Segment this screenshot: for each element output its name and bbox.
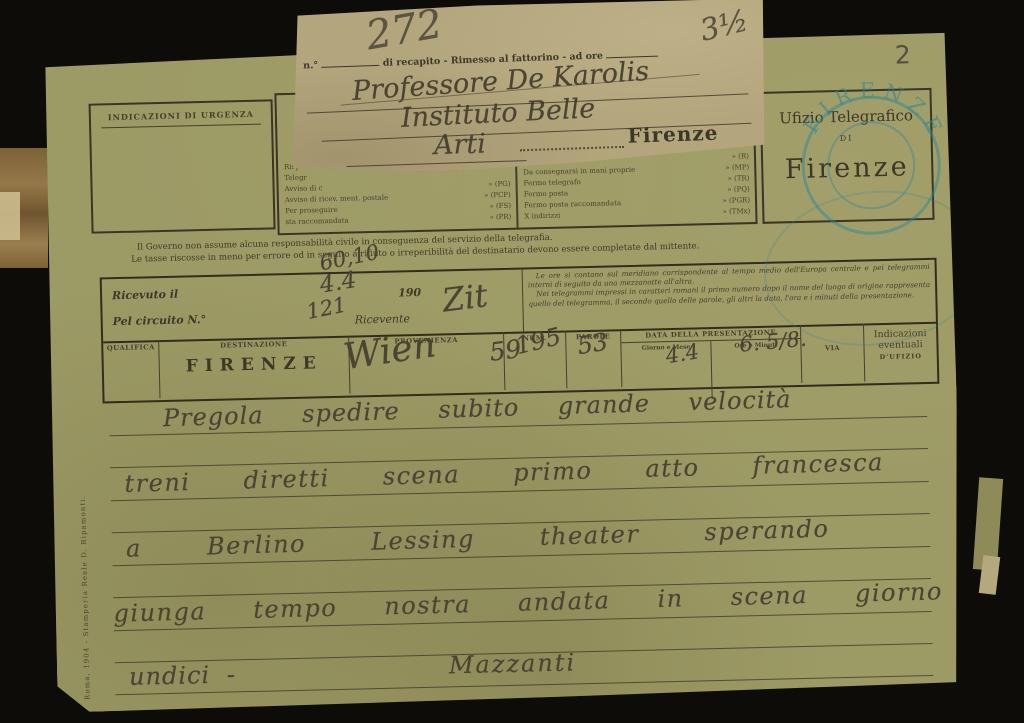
slip-n-label: n.° xyxy=(303,60,318,71)
slip-city-printed: Firenze xyxy=(627,121,718,148)
urgency-indications-box: Indicazioni di urgenza xyxy=(89,99,276,233)
urgency-box-rule xyxy=(101,124,261,129)
delivery-slip: 272 3½ n.° di recapito - Rimesso al fatt… xyxy=(285,0,770,177)
stamp-text: FIRENZE xyxy=(797,65,958,165)
slip-delivery-number-handwritten: 272 xyxy=(363,1,446,59)
message-line-5: undici - xyxy=(129,660,236,691)
year-printed: 190 xyxy=(398,286,421,300)
svg-text:FIRENZE: FIRENZE xyxy=(797,65,958,165)
ricevuto-label: Ricevuto il xyxy=(112,288,178,303)
circuito-handwritten-number: 121 xyxy=(304,292,348,323)
firenze-postmark-stamp: FIRENZE xyxy=(771,65,972,266)
ruled-line xyxy=(115,675,933,695)
tape-strip-light xyxy=(0,192,20,240)
urgency-box-title: Indicazioni di urgenza xyxy=(91,101,271,122)
message-line-3: a Berlino Lessing theater sperando xyxy=(126,515,830,563)
circuito-label: Pel circuito N.° xyxy=(113,313,207,328)
ricevente-label: Ricevente xyxy=(355,312,411,326)
slip-hour-handwritten: 3½ xyxy=(697,3,752,49)
receipt-left-cell: Ricevuto il 4.4 190 Pel circuito N.° 121… xyxy=(102,270,524,342)
printer-imprint: Roma, 1904 - Stamperia Reale D. Ripamont… xyxy=(77,420,92,700)
scanned-telegram-page: { "corner_note": "2", "slip": { "deliver… xyxy=(0,0,1024,723)
slip-rule-line xyxy=(347,160,527,167)
slip-blank-underline xyxy=(322,65,380,68)
ricevente-signature: Zit xyxy=(440,276,490,319)
pencil-page-number: 2 xyxy=(894,40,911,69)
column-qualifica: Qualifica xyxy=(103,340,159,399)
destinazione-value: FIRENZE xyxy=(160,353,349,377)
slip-dotted-leader xyxy=(520,146,624,151)
torn-paper-chip-small xyxy=(979,555,1001,595)
parole-handwritten: 53 xyxy=(575,328,610,361)
message-signature: Mazzanti xyxy=(449,648,577,679)
column-destinazione: Destinazione FIRENZE xyxy=(158,336,349,398)
